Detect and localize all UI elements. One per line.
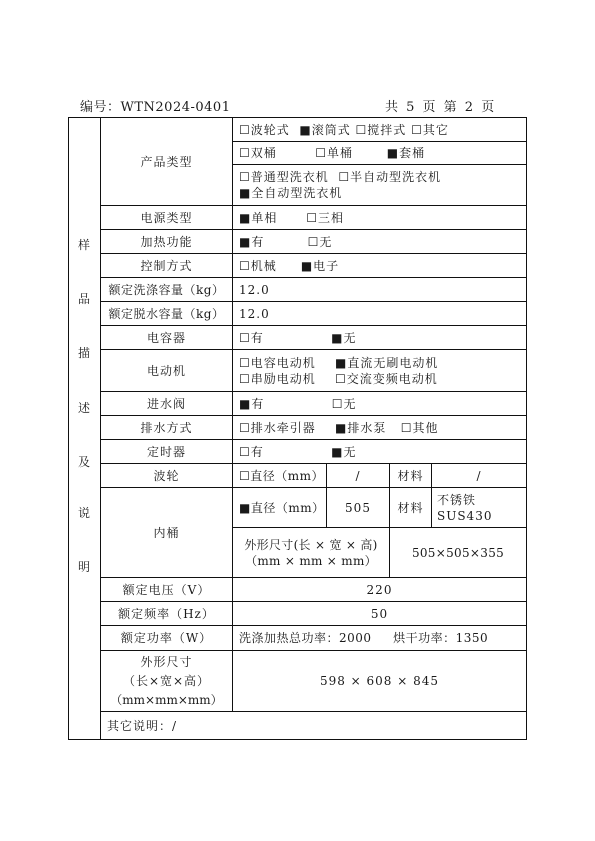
rated-power-label: 额定功率（W） [101, 626, 232, 650]
outer-dims-value: 598 × 608 × 845 [233, 651, 526, 711]
material-name: 不锈铁 [437, 492, 476, 508]
inlet-valve-value: ■有 ☐无 [233, 392, 526, 415]
section-label-char: 述 [68, 399, 100, 416]
rated-frequency-value: 50 [233, 602, 526, 625]
motor-option-line: ☐电容电动机 ■直流无刷电动机 [239, 355, 438, 371]
page-info: 共 5 页 第 2 页 [385, 96, 496, 115]
document-number: 编号：WTN2024-0401 [80, 96, 230, 115]
impeller-material-label: 材料 [390, 464, 431, 487]
wash-capacity-label: 额定洗涤容量（kg） [101, 278, 232, 301]
impeller-diameter-label: ☐直径（mm） [233, 464, 326, 487]
product-type-options-3: ☐普通型洗衣机 ☐半自动型洗衣机 ■全自动型洗衣机 [233, 165, 526, 205]
capacitor-value: ☐有 ■无 [233, 326, 526, 349]
dims-label-line: 外形尺寸(长 × 宽 × 高) [244, 537, 377, 553]
section-label-char: 及 [68, 453, 100, 470]
inner-drum-diameter-label: ■直径（mm） [233, 488, 326, 527]
inner-drum-diameter-value: 505 [327, 488, 389, 527]
product-type-option-line: ■全自动型洗衣机 [239, 185, 342, 201]
inner-drum-material-value: 不锈铁 SUS430 [432, 488, 526, 527]
inner-drum-label: 内桶 [101, 488, 232, 577]
power-type-value: ■单相 ☐三相 [233, 206, 526, 229]
motor-option-line: ☐串励电动机 ☐交流变频电动机 [239, 371, 438, 387]
table-left-border [68, 117, 69, 740]
power-type-label: 电源类型 [101, 206, 232, 229]
rated-power-value: 洗涤加热总功率：2000 烘干功率：1350 [233, 626, 526, 650]
product-type-label: 产品类型 [101, 118, 232, 205]
spin-capacity-label: 额定脱水容量（kg） [101, 302, 232, 325]
control-label: 控制方式 [101, 254, 232, 277]
heating-value: ■有 ☐无 [233, 230, 526, 253]
outer-dims-label-line: （长×宽×高） [123, 672, 210, 691]
wash-capacity-value: 12.0 [233, 278, 526, 301]
material-grade: SUS430 [437, 508, 492, 524]
product-type-options-2: ☐双桶 ☐单桶 ■套桶 [233, 142, 526, 164]
impeller-diameter-value: / [327, 464, 389, 487]
inner-drum-dims-value: 505×505×355 [390, 528, 526, 577]
heating-label: 加热功能 [101, 230, 232, 253]
product-type-option-line: ☐普通型洗衣机 ☐半自动型洗衣机 [239, 169, 441, 185]
other-notes: 其它说明：/ [101, 712, 526, 739]
timer-value: ☐有 ■无 [233, 440, 526, 463]
inlet-valve-label: 进水阀 [101, 392, 232, 415]
impeller-material-value: / [432, 464, 526, 487]
table-bottom-border [68, 739, 527, 740]
inner-drum-dims-label: 外形尺寸(长 × 宽 × 高) （mm × mm × mm） [233, 528, 389, 577]
inner-drum-material-label: 材料 [390, 488, 431, 527]
outer-dims-label-line: （mm×mm×mm） [110, 691, 222, 710]
motor-label: 电动机 [101, 350, 232, 391]
outer-dims-label-line: 外形尺寸 [140, 653, 192, 672]
dims-label-line: （mm × mm × mm） [245, 553, 377, 569]
capacitor-label: 电容器 [101, 326, 232, 349]
section-label-char: 描 [68, 344, 100, 361]
timer-label: 定时器 [101, 440, 232, 463]
section-label-char: 品 [68, 290, 100, 307]
section-label-char: 样 [68, 236, 100, 253]
rated-voltage-value: 220 [233, 578, 526, 601]
drain-label: 排水方式 [101, 416, 232, 439]
control-value: ☐机械 ■电子 [233, 254, 526, 277]
outer-dims-label: 外形尺寸 （长×宽×高） （mm×mm×mm） [101, 651, 232, 711]
rated-frequency-label: 额定频率（Hz） [101, 602, 232, 625]
drain-value: ☐排水牵引器 ■排水泵 ☐其他 [233, 416, 526, 439]
impeller-label: 波轮 [101, 464, 232, 487]
table-right-border [526, 117, 527, 740]
spin-capacity-value: 12.0 [233, 302, 526, 325]
product-type-options-1: ☐波轮式 ■滚筒式 ☐搅拌式 ☐其它 [233, 118, 526, 141]
motor-options: ☐电容电动机 ■直流无刷电动机 ☐串励电动机 ☐交流变频电动机 [233, 350, 526, 391]
section-label-char: 说 [68, 504, 100, 521]
rated-voltage-label: 额定电压（V） [101, 578, 232, 601]
section-label-char: 明 [68, 558, 100, 575]
